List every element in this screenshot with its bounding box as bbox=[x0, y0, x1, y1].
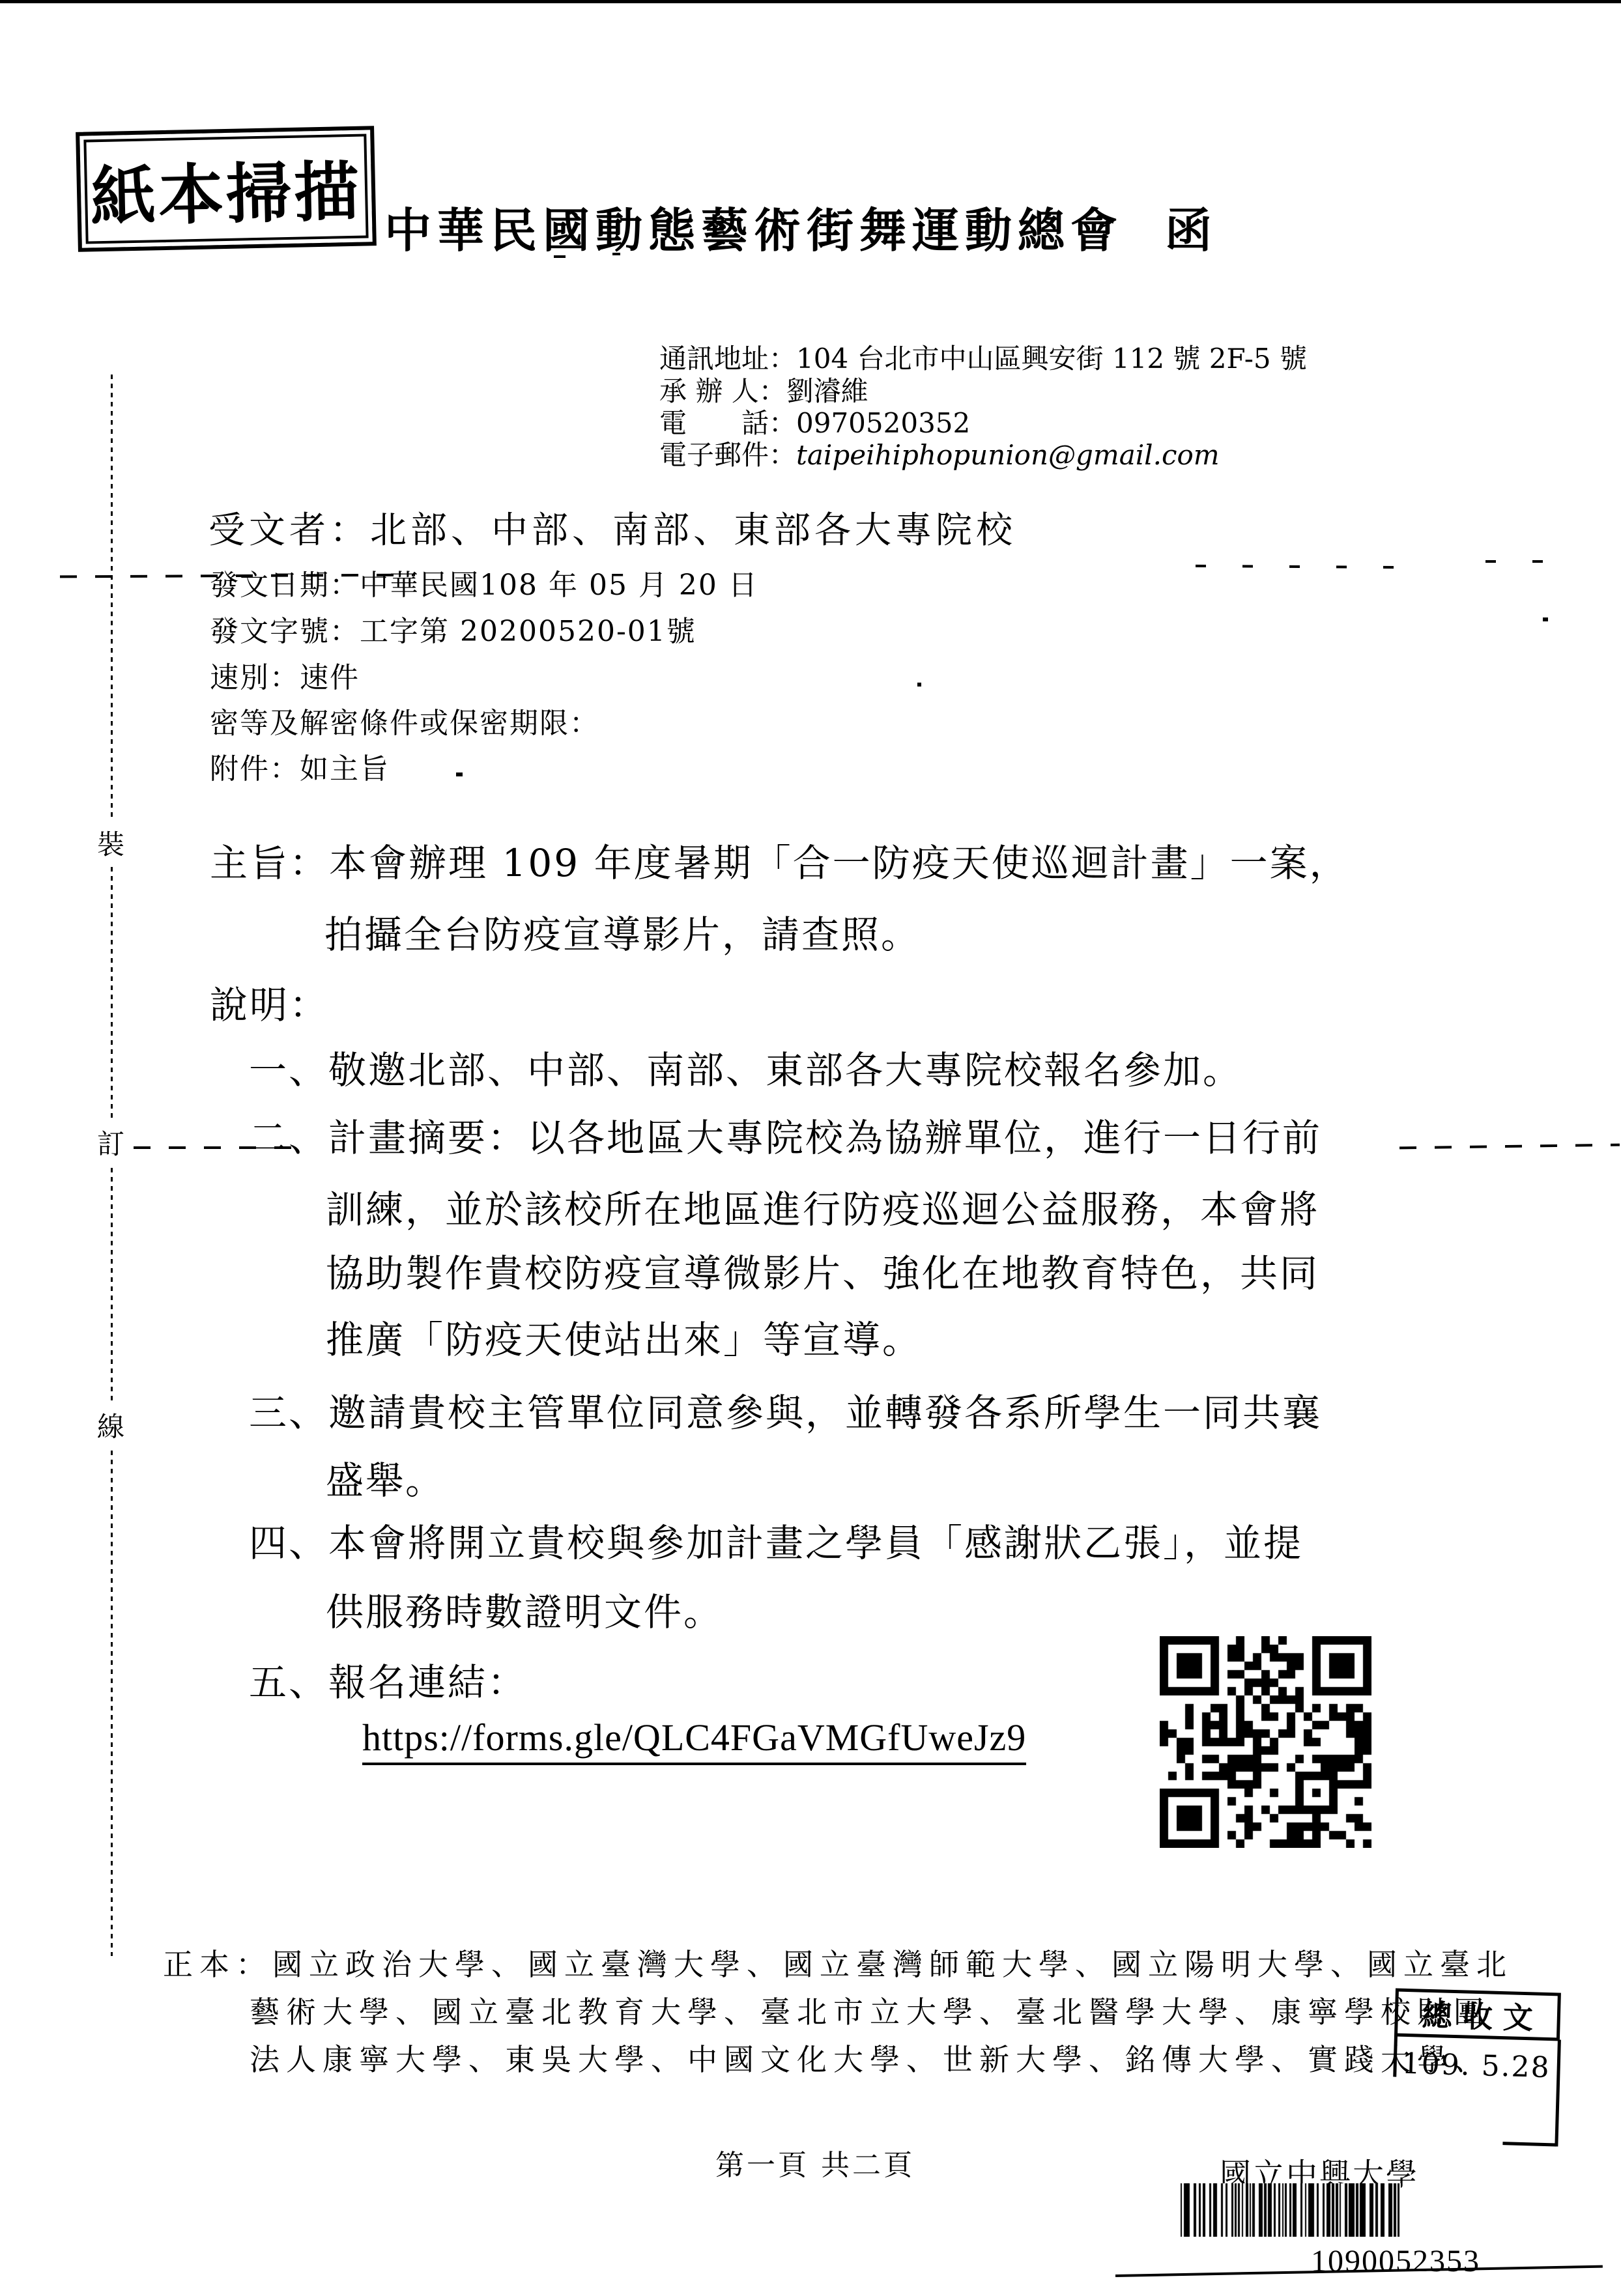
receipt-stamp-title: 總 收 文 bbox=[1394, 1988, 1561, 2041]
scan-speck bbox=[456, 772, 463, 776]
copy-to-line: 法人康寧大學、東吳大學、中國文化大學、世新大學、銘傳大學、實踐大學、 bbox=[250, 2036, 1490, 2079]
item-line: 三、邀請貴校主管單位同意參與，並轉發各系所學生一同共襄 bbox=[249, 1382, 1322, 1437]
item-text: 邀請貴校主管單位同意參與，並轉發各系所學生一同共襄 bbox=[328, 1391, 1322, 1435]
item-number: 五、 bbox=[249, 1660, 328, 1705]
barcode-icon bbox=[1181, 2183, 1401, 2237]
copy-to-line: 正本：國立政治大學、國立臺灣大學、國立臺灣師範大學、國立陽明大學、國立臺北 bbox=[163, 1941, 1513, 1984]
qr-code-icon bbox=[1160, 1636, 1371, 1848]
item-text: 計畫摘要：以各地區大專院校為協辦單位，進行一日行前 bbox=[328, 1116, 1322, 1160]
item-line: 四、本會將開立貴校與參加計畫之學員「感謝狀乙張」，並提 bbox=[249, 1512, 1303, 1567]
meta-row-attachment: 附件：如主旨 bbox=[210, 745, 390, 787]
subject-line-2: 拍攝全台防疫宣導影片，請查照。 bbox=[324, 904, 921, 959]
item-text: 敬邀北部、中部、南部、東部各大專院校報名參加。 bbox=[328, 1048, 1242, 1092]
page-indicator: 第一頁 共二頁 bbox=[715, 2142, 915, 2183]
receipt-stamp-date: 109. 5.28 bbox=[1393, 2047, 1559, 2084]
meta-row-doc-ref: 發文字號：工字第 20200520-01號 bbox=[210, 608, 696, 649]
scan-speck bbox=[917, 683, 921, 687]
contact-label: 電子郵件： bbox=[659, 439, 796, 471]
item-line: 協助製作貴校防疫宣導微影片、強化在地教育特色，共同 bbox=[326, 1243, 1319, 1297]
copy-to-text: 國立政治大學、國立臺灣大學、國立臺灣師範大學、國立陽明大學、國立臺北 bbox=[272, 1947, 1513, 1982]
copy-to-label: 正本： bbox=[163, 1947, 272, 1982]
scan-speck bbox=[554, 255, 566, 258]
item-line: 供服務時數證明文件。 bbox=[326, 1581, 723, 1636]
explanation-label: 說明： bbox=[210, 974, 329, 1029]
binding-mark-zhuang: 裝 bbox=[93, 819, 128, 866]
item-line: 五、報名連結： bbox=[249, 1652, 527, 1707]
meta-row-issue-date: 發文日期：中華民國108 年 05 月 20 日 bbox=[210, 561, 758, 603]
meta-row-priority: 速別：速件 bbox=[210, 654, 360, 696]
recipient-line: 受文者：北部、中部、南部、東部各大專院校 bbox=[208, 502, 1016, 554]
paper-scan-stamp: 紙本掃描 bbox=[76, 126, 377, 252]
fold-line-artifact bbox=[1399, 1144, 1620, 1150]
subject-line-1: 主旨：本會辦理 109 年度暑期「合一防疫天使巡迴計畫」一案， bbox=[210, 832, 1349, 887]
doc-type-label: 函 bbox=[1165, 203, 1218, 258]
copy-to-line: 藝術大學、國立臺北教育大學、臺北市立大學、臺北醫學大學、康寧學校財團 bbox=[250, 1989, 1490, 2032]
binding-mark-ding: 訂 bbox=[93, 1119, 128, 1166]
subject-label: 主旨： bbox=[210, 841, 329, 885]
receipt-stamp: 總 收 文 109. 5.28 bbox=[1393, 1988, 1561, 2084]
scanned-letter-page: 紙本掃描 中華民國動態藝術街舞運動總會函 通訊地址：104 台北市中山區興安街 … bbox=[0, 0, 1621, 2296]
scan-speck bbox=[1543, 617, 1548, 621]
item-line: 推廣「防疫天使站出來」等宣導。 bbox=[326, 1309, 922, 1364]
registration-link[interactable]: https://forms.gle/QLC4FGaVMGfUweJz9 bbox=[362, 1716, 1026, 1765]
registration-link-wrap: https://forms.gle/QLC4FGaVMGfUweJz9 bbox=[362, 1716, 1026, 1759]
scan-edge-artifact bbox=[0, 0, 1621, 3]
item-line: 二、計畫摘要：以各地區大專院校為協辦單位，進行一日行前 bbox=[249, 1107, 1322, 1162]
contact-value: 104 台北市中山區興安街 112 號 2F-5 號 bbox=[796, 343, 1307, 375]
item-text: 本會將開立貴校與參加計畫之學員「感謝狀乙張」，並提 bbox=[328, 1521, 1303, 1565]
meta-row-security: 密等及解密條件或保密期限： bbox=[210, 700, 599, 741]
item-line: 盛舉。 bbox=[326, 1450, 445, 1505]
item-number: 三、 bbox=[249, 1391, 328, 1435]
receipt-stamp-border bbox=[1502, 2142, 1556, 2146]
fold-line-artifact bbox=[134, 1146, 296, 1149]
binding-mark-xian: 線 bbox=[93, 1402, 128, 1449]
item-number: 四、 bbox=[249, 1521, 328, 1565]
item-number: 二、 bbox=[249, 1116, 328, 1160]
contact-row-email: 電子郵件：taipeihiphopunion@gmail.com bbox=[659, 434, 1220, 473]
item-number: 一、 bbox=[249, 1048, 328, 1092]
recipient-label: 受文者： bbox=[208, 509, 370, 552]
recipient-value: 北部、中部、南部、東部各大專院校 bbox=[370, 509, 1016, 552]
scan-speck bbox=[612, 253, 620, 255]
fold-line-artifact bbox=[1485, 560, 1564, 563]
item-text: 報名連結： bbox=[328, 1660, 527, 1705]
organization-name: 中華民國動態藝術街舞運動總會 bbox=[384, 203, 1123, 258]
document-title: 中華民國動態藝術街舞運動總會函 bbox=[384, 193, 1218, 261]
document-number: 1090052353 bbox=[1311, 2243, 1480, 2279]
paper-scan-stamp-text: 紙本掃描 bbox=[90, 139, 363, 239]
contact-value: taipeihiphopunion@gmail.com bbox=[796, 439, 1220, 471]
subject-text: 本會辦理 109 年度暑期「合一防疫天使巡迴計畫」一案， bbox=[329, 841, 1349, 885]
item-line: 訓練，並於該校所在地區進行防疫巡迴公益服務，本會將 bbox=[326, 1179, 1319, 1234]
item-line: 一、敬邀北部、中部、南部、東部各大專院校報名參加。 bbox=[249, 1040, 1242, 1094]
fold-line-artifact bbox=[1196, 565, 1414, 569]
